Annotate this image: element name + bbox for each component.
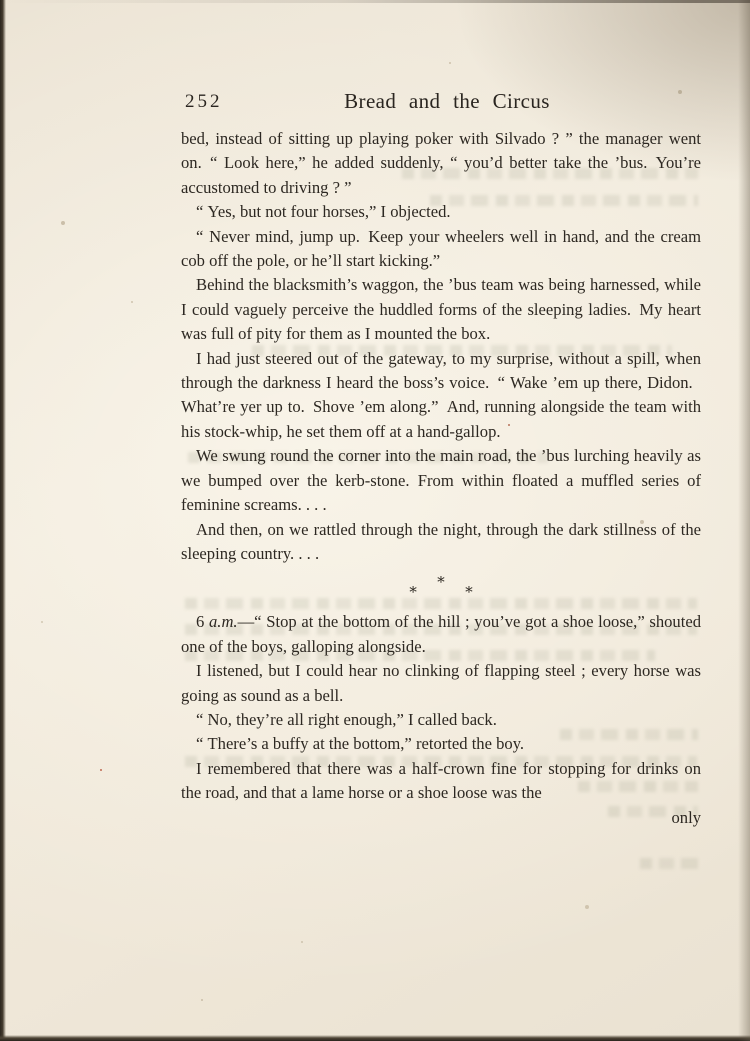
page-edge-left [0,0,6,1041]
asterisk-icon: ∗ [408,578,418,602]
text-run: 6 [196,612,209,631]
asterisk-separator: ∗ ∗ ∗ [181,576,701,600]
text-block: bed, instead of sitting up playing poker… [181,127,701,830]
text-section-night-drive: bed, instead of sitting up playing poker… [181,127,701,566]
paragraph: And then, on we rattled through the nigh… [181,518,701,567]
text-run: “ Yes, but not four horses,” I objected. [196,202,451,221]
paragraph: “ No, they’re all right enough,” I calle… [181,708,701,732]
paragraph: I remembered that there was a half-crown… [181,757,701,806]
page-number: 252 [185,91,223,113]
text-run: And then, on we rattled through the nigh… [181,520,701,563]
paragraph: I had just steered out of the gateway, t… [181,347,701,445]
paragraph: I listened, but I could hear no clinking… [181,659,701,708]
ink-bleedthrough [640,858,698,869]
text-run: Behind the blacksmith’s waggon, the ’bus… [181,275,701,343]
text-run: “ There’s a buffy at the bottom,” retort… [196,734,524,753]
paragraph: “ There’s a buffy at the bottom,” retort… [181,732,701,756]
running-title: Bread and the Circus [181,89,701,114]
text-run: I listened, but I could hear no clinking… [181,661,701,704]
page-edge-right [738,0,750,1041]
paragraph: We swung round the corner into the main … [181,444,701,517]
text-section-six-am: 6 a.m.—“ Stop at the bottom of the hill … [181,610,701,805]
page-header: 252 Bread and the Circus [181,89,701,119]
asterisk-icon: ∗ [464,578,474,602]
text-run: “ No, they’re all right enough,” I calle… [196,710,497,729]
text-run: bed, instead of sitting up playing poker… [181,129,701,197]
text-run: —“ Stop at the bottom of the hill ; you’… [181,612,701,655]
text-run: “ Never mind, jump up. Keep your wheeler… [181,227,701,270]
paragraph: bed, instead of sitting up playing poker… [181,127,701,200]
book-page-scan: 252 Bread and the Circus bed, instead of… [0,0,750,1041]
page-edge-bottom [0,1035,750,1041]
italic-text-run: a.m. [209,612,238,631]
paragraph: Behind the blacksmith’s waggon, the ’bus… [181,273,701,346]
text-run: I had just steered out of the gateway, t… [181,349,701,441]
paragraph: 6 a.m.—“ Stop at the bottom of the hill … [181,610,701,659]
paragraph: “ Yes, but not four horses,” I objected. [181,200,701,224]
text-run: I remembered that there was a half-crown… [181,759,701,802]
asterisk-icon: ∗ [436,568,446,592]
text-run: We swung round the corner into the main … [181,446,701,514]
paragraph: “ Never mind, jump up. Keep your wheeler… [181,225,701,274]
catchword: only [181,806,701,830]
paper-speckles [0,0,2,2]
page-edge-top [0,0,750,3]
